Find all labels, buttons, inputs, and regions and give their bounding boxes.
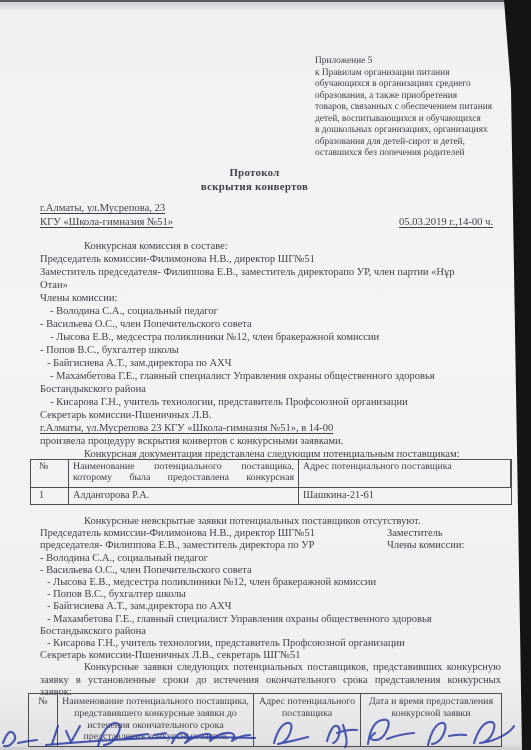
commission-heading: Конкурсная комиссия в составе: — [40, 240, 503, 253]
member-line: - Володина С.А., социальный педагог — [40, 553, 501, 565]
appendix-line: образования, а также приобретения — [315, 91, 511, 103]
table1-row-no: 1 — [31, 488, 69, 504]
member-line-wrap: Бостандыкского района — [40, 626, 501, 638]
member-line: - Кисарова Г.Н., учитель технологии, пре… — [40, 396, 503, 409]
document-title-line1: Протокол — [0, 167, 509, 181]
appendix-line: образования для детей-сирот и детей, — [315, 137, 511, 149]
table2-header-datetime: Дата и время предоставления конкурсной з… — [361, 694, 501, 746]
member-line: - Лысова Е.В., медсестра поликлиники №12… — [40, 331, 503, 344]
address-line-1: г.Алматы, ул.Мусрепова, 23 — [40, 203, 165, 214]
table1-header-name: Наименование потенциального поставщика, … — [69, 460, 299, 488]
member-line: - Васильева О.С., член Попечительского с… — [40, 318, 503, 331]
no-unopened-line: Конкурсные невскрытые заявки потенциальн… — [40, 516, 501, 528]
member-line: - Кисарова Г.Н., учитель технологии, пре… — [40, 638, 501, 650]
document-title-line2: вскрытия конвертов — [0, 181, 509, 195]
document-title: Протокол вскрытия конвертов — [0, 167, 509, 194]
closing-chairman-text: Председатель комиссии-Филимонова Н.В., д… — [40, 528, 315, 539]
closing-deputy-text: председателя- Филиппова Е.В., заместител… — [40, 540, 314, 551]
appendix-line: в дошкольных организациях, организациях — [315, 125, 511, 137]
table2-header-name: Наименование потенциального поставщика, … — [58, 694, 254, 746]
submitted-paragraph-line1: Конкурсные заявки следующих потенциальны… — [40, 662, 501, 674]
member-line: - Махамбетова Г.Е., главный специалист У… — [40, 370, 503, 383]
closing-section: Конкурсные невскрытые заявки потенциальн… — [40, 516, 501, 699]
member-line: - Васильева О.С., член Попечительского с… — [40, 565, 501, 577]
appendix-note: Приложение 5 к Правилам организации пита… — [315, 56, 511, 160]
members-label: Члены комиссии: — [387, 540, 464, 552]
venue-line: г.Алматы, ул.Мусрепова 23 КГУ «Школа-гим… — [40, 423, 333, 434]
table1-header-address: Адрес потенциального поставщика — [299, 460, 511, 488]
table1-row-address: Шашкина-21-61 — [299, 488, 511, 504]
table1-header-no: № — [31, 460, 69, 488]
appendix-line: Приложение 5 — [315, 56, 511, 68]
submitted-bids-table: № Наименование потенциального поставщика… — [28, 693, 502, 747]
member-line: - Байгисиева А.Т., зам.директора по АХЧ — [40, 357, 503, 370]
members-heading: Члены комиссии: — [40, 292, 503, 305]
table2-header-no: № — [29, 694, 58, 746]
suppliers-documentation-table: № Наименование потенциального поставщика… — [30, 459, 512, 505]
scanned-protocol-page: Приложение 5 к Правилам организации пита… — [0, 0, 531, 750]
member-line-wrap: Бостандыкского района — [40, 383, 503, 396]
address-block: г.Алматы, ул.Мусрепова, 23 КГУ «Школа-ги… — [40, 202, 173, 230]
scan-top-shadow — [0, 2, 531, 11]
address-line-2: КГУ «Школа-гимназия №51» — [40, 217, 173, 228]
member-line: - Попов В.С., бухгалтер школы — [40, 344, 503, 357]
table1-row-name: Алдангорова Р.А. — [69, 488, 299, 504]
appendix-line: к Правилам организации питания — [315, 68, 511, 80]
closing-deputy-line: председателя- Филиппова Е.В., заместител… — [40, 540, 501, 552]
member-line: - Байгисиева А.Т., зам.директора по АХЧ — [40, 601, 501, 613]
closing-chairman-line: Председатель комиссии-Филимонова Н.В., д… — [40, 528, 501, 540]
member-line: - Махамбетова Г.Е., главный специалист У… — [40, 614, 501, 626]
commission-section: Конкурсная комиссия в составе: Председат… — [40, 240, 503, 461]
member-line: - Володина С.А., социальный педагог — [40, 305, 503, 318]
closing-secretary-line: Секретарь комиссии-Пшеничных Л.В., секре… — [40, 650, 501, 662]
secretary-line: Секретарь комиссии-Пшеничных Л.В. — [40, 409, 503, 422]
appendix-line: обучающихся в организациях среднего — [315, 79, 511, 91]
member-line: - Попов В.С., бухгалтер школы — [40, 589, 501, 601]
deputy-line-1: Заместитель председателя- Филиппова Е.В.… — [40, 266, 503, 279]
table2-header-address: Адрес потенциального поставщика — [254, 694, 361, 746]
member-line: - Лысова Е.В., медсестра поликлиники №12… — [40, 577, 501, 589]
appendix-line: товаров, связанных с обеспечением питани… — [315, 102, 511, 114]
appendix-line: оставшихся без попечения родителей — [315, 148, 511, 160]
scan-top-edge — [0, 0, 531, 2]
deputy-label: Заместитель — [387, 528, 443, 540]
appendix-line: детей, воспитывающихся и обучающихся — [315, 114, 511, 126]
chairman-line: Председатель комиссии-Филимонова Н.В., д… — [40, 253, 503, 266]
procedure-line: произвела процедуру вскрытия конвертов с… — [40, 435, 503, 448]
submitted-paragraph-line2: заявку в установленные сроки до истечени… — [40, 675, 501, 687]
deputy-line-2: Отан» — [40, 279, 503, 292]
date-time: 05.03.2019 г.,14-00 ч. — [399, 217, 493, 228]
